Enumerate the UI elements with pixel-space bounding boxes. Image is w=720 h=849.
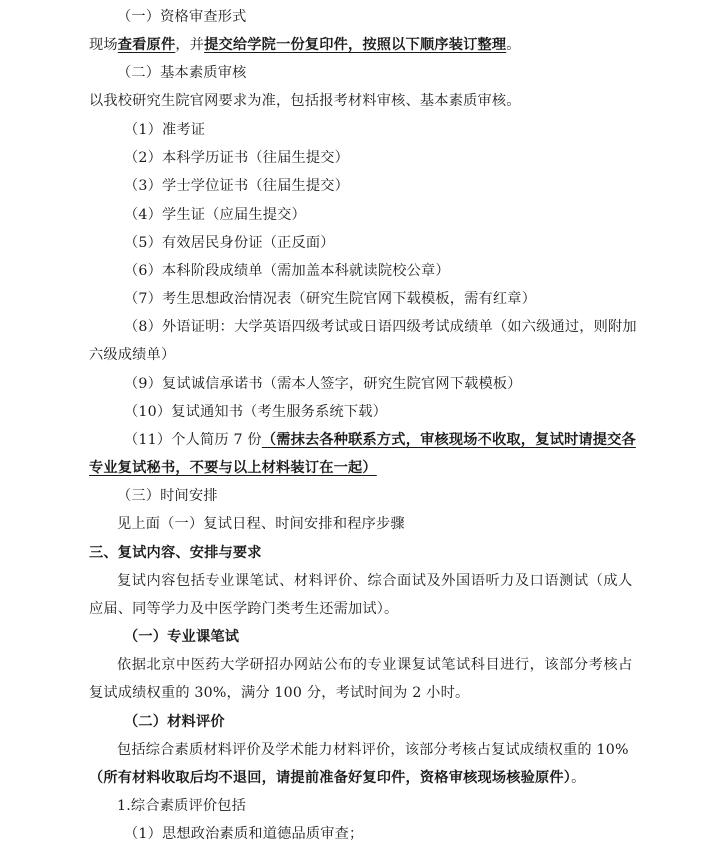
list-item: （7）考生思想政治情况表（研究生院官网下载模板，需有红章）	[124, 289, 669, 309]
list-item: （1）准考证	[124, 120, 669, 140]
paragraph-written-exam-line2: 复试成绩权重的 30%，满分 100 分，考试时间为 2 小时。	[89, 683, 634, 703]
text: 。	[506, 37, 520, 53]
list-item-resume-line1: （11）个人简历 7 份（需抹去各种联系方式，审核现场不收取，复试时请提交各	[124, 430, 669, 450]
list-heading-comprehensive-quality: 1.综合素质评价包括	[117, 796, 662, 816]
list-item: （10）复试通知书（考生服务系统下载）	[124, 402, 669, 422]
paragraph-onsite-check: 现场查看原件，并提交给学院一份复印件，按照以下顺序装订整理。	[89, 35, 634, 55]
paragraph-material-evaluation-line2: （所有材料收取后均不退回，请提前准备好复印件，资格审核现场核验原件）。	[89, 768, 634, 788]
emphasis-materials-not-returned: （所有材料收取后均不退回，请提前准备好复印件，资格审核现场核验原件）	[89, 770, 571, 786]
list-item: （1）思想政治素质和道德品质审查；	[124, 824, 669, 844]
paragraph-retest-intro-line1: 复试内容包括专业课笔试、材料评价、综合面试及外国语听力及口语测试（成人	[117, 571, 662, 591]
list-item-foreign-language-line2: 六级成绩单）	[89, 345, 634, 365]
emphasis-resume-note: （需抹去各种联系方式，审核现场不收取，复试时请提交各	[262, 432, 636, 448]
document-page: （一）资格审查形式 现场查看原件，并提交给学院一份复印件，按照以下顺序装订整理。…	[0, 0, 720, 849]
list-item: （2）本科学历证书（往届生提交）	[124, 148, 669, 168]
heading-basic-review: （二）基本素质审核	[117, 63, 662, 83]
paragraph-written-exam-line1: 依据北京中医药大学研招办网站公布的专业课复试笔试科目进行，该部分考核占	[117, 655, 662, 675]
list-item-resume-line2: 专业复试秘书，不要与以上材料装订在一起）	[89, 458, 634, 478]
paragraph-material-evaluation-line1: 包括综合素质材料评价及学术能力材料评价，该部分考核占复试成绩权重的 10%	[117, 740, 662, 760]
text: ，并	[175, 37, 204, 53]
paragraph-time-schedule: 见上面（一）复试日程、时间安排和程序步骤	[117, 514, 662, 534]
emphasis-resume-note: 专业复试秘书，不要与以上材料装订在一起）	[89, 460, 377, 476]
paragraph-basic-intro: 以我校研究生院官网要求为准，包括报考材料审核、基本素质审核。	[89, 91, 634, 111]
heading-qualification-form: （一）资格审查形式	[117, 7, 662, 27]
list-item: （5）有效居民身份证（正反面）	[124, 233, 669, 253]
list-item-foreign-language-line1: （8）外语证明：大学英语四级考试或日语四级考试成绩单（如六级通过，则附加	[124, 317, 669, 337]
subheading-written-exam: （一）专业课笔试	[124, 627, 669, 647]
list-item: （6）本科阶段成绩单（需加盖本科就读院校公章）	[124, 261, 669, 281]
text: 。	[571, 770, 585, 786]
list-item: （4）学生证（应届生提交）	[124, 205, 669, 225]
paragraph-retest-intro-line2: 应届、同等学力及中医学跨门类考生还需加试）。	[89, 599, 634, 619]
emphasis-submit-copy: 提交给学院一份复印件，按照以下顺序装订整理	[204, 37, 506, 53]
section-heading-retest-content: 三、复试内容、安排与要求	[89, 543, 634, 563]
subheading-material-evaluation: （二）材料评价	[124, 712, 669, 732]
text: （11）个人简历 7 份	[124, 432, 262, 448]
list-item: （9）复试诚信承诺书（需本人签字，研究生院官网下载模板）	[124, 374, 669, 394]
text: 现场	[89, 37, 118, 53]
heading-time-schedule: （三）时间安排	[117, 486, 662, 506]
emphasis-view-originals: 查看原件	[118, 37, 176, 53]
list-item: （3）学士学位证书（往届生提交）	[124, 176, 669, 196]
